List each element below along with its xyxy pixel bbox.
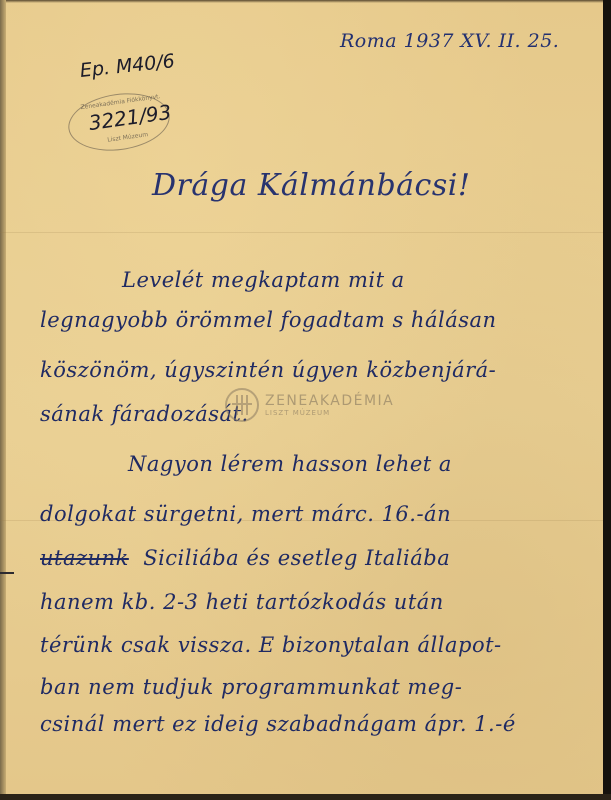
letter-line: ban nem tudjuk programmunkat meg-: [40, 675, 462, 699]
letter-line: dolgokat sürgetni, mert márc. 16.-án: [40, 502, 451, 526]
place-date: Roma 1937 XV. II. 25.: [340, 30, 559, 52]
stamp-bottom-text: Liszt Múzeum: [107, 131, 149, 144]
page-top-edge: [0, 0, 603, 3]
letter-line: Nagyon lérem hasson lehet a: [128, 452, 452, 476]
watermark-title: ZENEAKADÉMIA: [265, 393, 394, 409]
letter-line: utazunk Siciliába és esetleg Italiába: [40, 546, 450, 570]
struck-word: utazunk: [40, 546, 129, 570]
archive-shelfmark: Ep. M40/6: [79, 50, 176, 82]
zeneakademia-watermark: ZENEAKADÉMIA LISZT MÚZEUM: [225, 388, 394, 422]
letter-line: térünk csak vissza. E bizonytalan állapo…: [40, 633, 502, 657]
letter-line: csinál mert ez ideig szabadnágam ápr. 1.…: [40, 712, 516, 736]
scan-right-border: [603, 0, 611, 800]
library-stamp: Zeneakadémia Fiókkönyvt. 3221/93 Liszt M…: [65, 87, 174, 157]
margin-pencil-mark: [0, 572, 14, 574]
letter-line: hanem kb. 2-3 heti tartózkodás után: [40, 590, 444, 614]
paper-fold-line: [0, 232, 603, 233]
watermark-subtitle: LISZT MÚZEUM: [265, 409, 394, 418]
salutation: Drága Kálmánbácsi!: [152, 168, 470, 203]
letter-line: Levelét megkaptam mit a: [122, 268, 405, 292]
letter-line: köszönöm, úgyszintén úgyen közbenjárá-: [40, 358, 496, 382]
page-left-edge: [0, 0, 6, 798]
letter-line: sának fáradozását.: [40, 402, 249, 426]
letter-line: legnagyobb örömmel fogadtam s hálásan: [40, 308, 497, 332]
scan-bottom-border: [0, 794, 611, 800]
letter-line-rest: Siciliába és esetleg Italiába: [136, 546, 450, 570]
letter-page: Roma 1937 XV. II. 25. Ep. M40/6 Zeneakad…: [0, 0, 603, 798]
zeneakademia-logo-icon: [225, 388, 259, 422]
